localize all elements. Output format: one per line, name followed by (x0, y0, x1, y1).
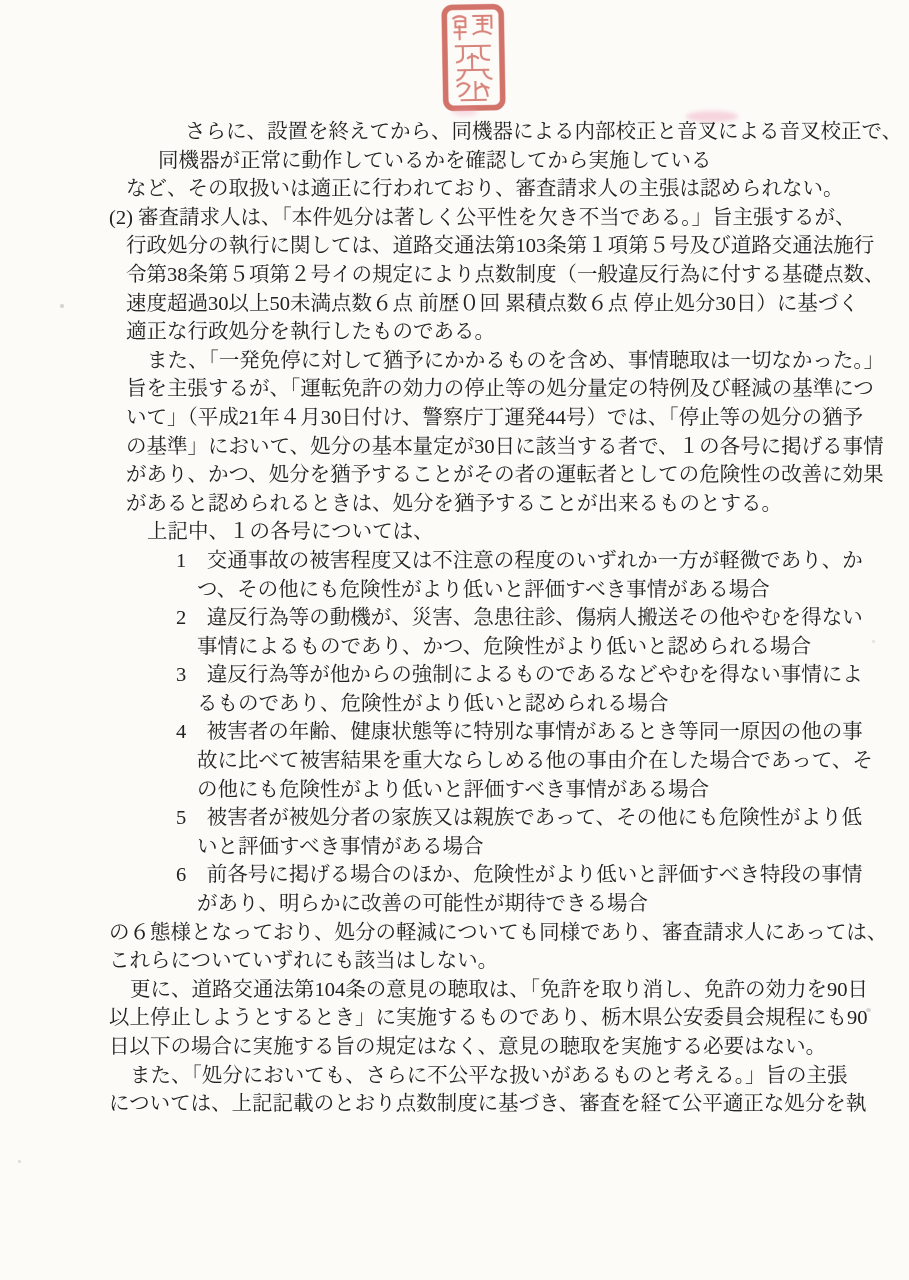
text-line: 上記中、１の各号については、 (0, 518, 909, 547)
text-line: 日以下の場合に実施する旨の規定はなく、意見の聴取を実施する必要はない。 (0, 1033, 909, 1062)
text-line: 旨を主張するが、「運転免許の効力の停止等の処分量定の特例及び軽減の基準につ (0, 375, 909, 404)
text-line: 更に、道路交通法第104条の意見の聴取は、「免許を取り消し、免許の効力を90日 (0, 976, 909, 1005)
text-line: があり、明らかに改善の可能性が期待できる場合 (0, 890, 909, 919)
text-line: 3 違反行為等が他からの強制によるものであるなどやむを得ない事情によ (0, 661, 909, 690)
text-line: の他にも危険性がより低いと評価すべき事情がある場合 (0, 776, 909, 805)
text-line: 4 被害者の年齢、健康状態等に特別な事情があるとき等同一原因の他の事 (0, 718, 909, 747)
text-line: 令第38条第５項第２号イの規定により点数制度（一般違反行為に付する基礎点数、 (0, 261, 909, 290)
red-seal-stamp-icon (440, 3, 508, 112)
text-line: 事情によるものであり、かつ、危険性がより低いと認められる場合 (0, 633, 909, 662)
text-line: 適正な行政処分を執行したものである。 (0, 318, 909, 347)
text-line: 速度超過30以上50未満点数６点 前歴０回 累積点数６点 停止処分30日）に基づ… (0, 290, 909, 319)
text-line: など、その取扱いは適正に行われており、審査請求人の主張は認められない。 (0, 175, 909, 204)
text-line: また、「一発免停に対して猶予にかかるものを含め、事情聴取は一切なかった。」 (0, 347, 909, 376)
text-line: また、「処分においても、さらに不公平な扱いがあるものと考える。」旨の主張 (0, 1062, 909, 1091)
document-body: さらに、設置を終えてから、同機器による内部校正と音叉による音叉校正で、同機器が正… (0, 118, 909, 1119)
text-line: るものであり、危険性がより低いと認められる場合 (0, 690, 909, 719)
text-line: つ、その他にも危険性がより低いと評価すべき事情がある場合 (0, 576, 909, 605)
text-line: については、上記記載のとおり点数制度に基づき、審査を経て公平適正な処分を執 (0, 1090, 909, 1119)
text-line: 同機器が正常に動作しているかを確認してから実施している (0, 147, 909, 176)
text-line: これらについていずれにも該当はしない。 (0, 947, 909, 976)
text-line: の６態様となっており、処分の軽減についても同様であり、審査請求人にあっては、 (0, 919, 909, 948)
scanned-document-page: さらに、設置を終えてから、同機器による内部校正と音叉による音叉校正で、同機器が正… (0, 0, 909, 1280)
text-line: があると認められるときは、処分を猶予することが出来るものとする。 (0, 490, 909, 519)
text-line: いと評価すべき事情がある場合 (0, 833, 909, 862)
text-line: 以上停止しようとするとき」に実施するものであり、栃木県公安委員会規程にも90 (0, 1004, 909, 1033)
scan-noise (18, 1160, 21, 1163)
text-line: 行政処分の執行に関しては、道路交通法第103条第１項第５号及び道路交通法施行 (0, 232, 909, 261)
text-line: 1 交通事故の被害程度又は不注意の程度のいずれか一方が軽微であり、か (0, 547, 909, 576)
text-line: の基準」において、処分の基本量定が30日に該当する者で、１の各号に掲げる事情 (0, 433, 909, 462)
text-line: いて」（平成21年４月30日付け、警察庁丁運発44号）では、「停止等の処分の猶予 (0, 404, 909, 433)
text-line: 5 被害者が被処分者の家族又は親族であって、その他にも危険性がより低 (0, 804, 909, 833)
text-line: 2 違反行為等の動機が、災害、急患往診、傷病人搬送その他やむを得ない (0, 604, 909, 633)
text-line: (2) 審査請求人は、「本件処分は著しく公平性を欠き不当である。」旨主張するが、 (0, 204, 909, 233)
text-line: 故に比べて被害結果を重大ならしめる他の事由介在した場合であって、そ (0, 747, 909, 776)
text-line: 6 前各号に掲げる場合のほか、危険性がより低いと評価すべき特段の事情 (0, 861, 909, 890)
text-line: があり、かつ、処分を猶予することがその者の運転者としての危険性の改善に効果 (0, 461, 909, 490)
text-line: さらに、設置を終えてから、同機器による内部校正と音叉による音叉校正で、 (0, 118, 909, 147)
